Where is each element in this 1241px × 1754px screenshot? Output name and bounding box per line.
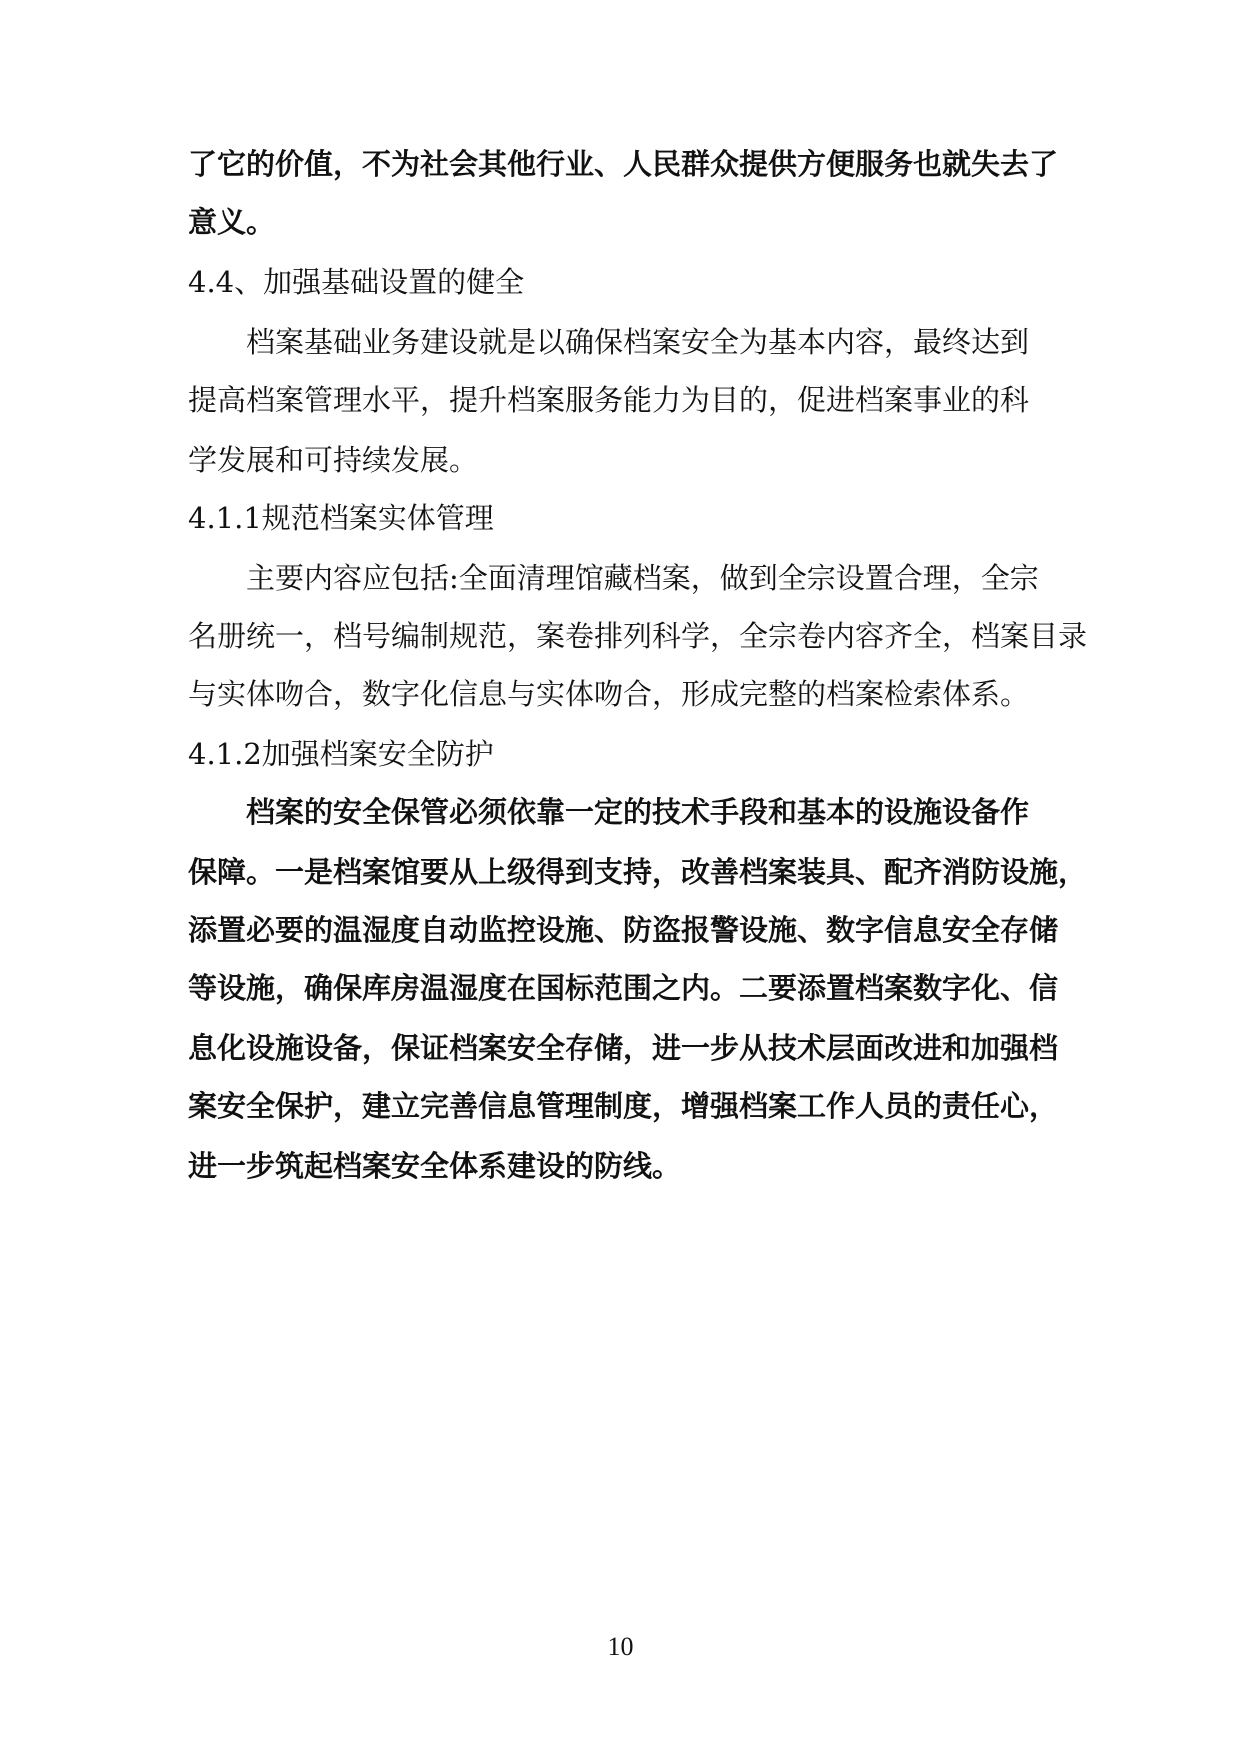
paragraph-line: 意义。 [188, 202, 275, 242]
paragraph-line: 档案基础业务建设就是以确保档案安全为基本内容，最终达到 [246, 322, 1029, 362]
paragraph-line: 名册统一，档号编制规范，案卷排列科学，全宗卷内容齐全，档案目录 [188, 616, 1087, 656]
paragraph-line: 进一步筑起档案安全体系建设的防线。 [188, 1146, 681, 1186]
paragraph-line: 学发展和可持续发展。 [188, 440, 478, 480]
subsection-heading: 4.1.2加强档案安全防护 [188, 734, 494, 774]
paragraph-line: 添置必要的温湿度自动监控设施、防盗报警设施、数字信息安全存储 [188, 910, 1058, 950]
paragraph-line: 息化设施设备，保证档案安全存储，进一步从技术层面改进和加强档 [188, 1028, 1058, 1068]
paragraph-line: 案安全保护，建立完善信息管理制度，增强档案工作人员的责任心， [188, 1086, 1058, 1126]
paragraph-line: 与实体吻合，数字化信息与实体吻合，形成完整的档案检索体系。 [188, 674, 1029, 714]
paragraph-line: 等设施，确保库房温湿度在国标范围之内。二要添置档案数字化、信 [188, 968, 1058, 1008]
paragraph-line: 档案的安全保管必须依靠一定的技术手段和基本的设施设备作 [246, 792, 1029, 832]
page-number: 10 [0, 1632, 1241, 1662]
section-heading: 4.4、加强基础设置的健全 [188, 262, 524, 302]
subsection-heading: 4.1.1规范档案实体管理 [188, 498, 494, 538]
paragraph-line: 主要内容应包括:全面清理馆藏档案，做到全宗设置合理，全宗 [246, 558, 1039, 598]
paragraph-line: 了它的价值，不为社会其他行业、人民群众提供方便服务也就失去了 [188, 144, 1058, 184]
paragraph-line: 保障。一是档案馆要从上级得到支持，改善档案装具、配齐消防设施， [188, 852, 1087, 892]
paragraph-line: 提高档案管理水平，提升档案服务能力为目的，促进档案事业的科 [188, 380, 1029, 420]
